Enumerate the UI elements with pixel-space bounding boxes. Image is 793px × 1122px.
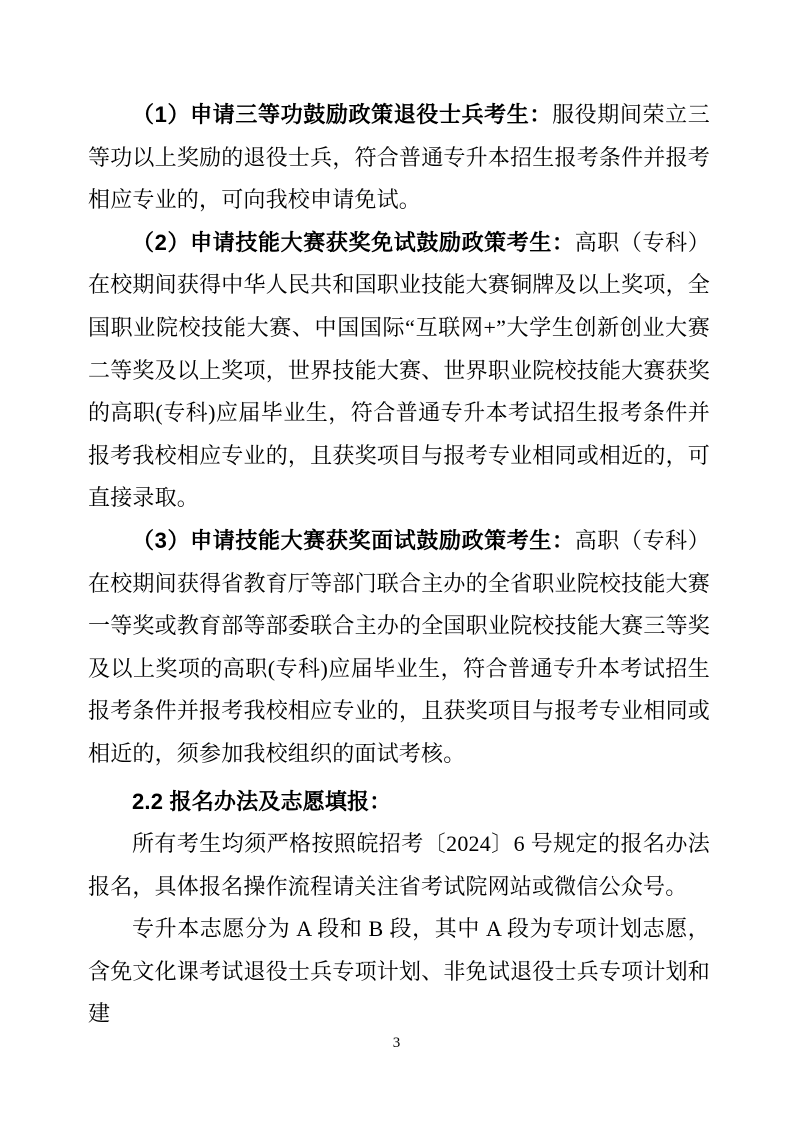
page-number: 3 [393, 1035, 401, 1051]
paragraph-text: 高职（专科）在校期间获得省教育厅等部门联合主办的全省职业院校技能大赛一等奖或教育… [88, 528, 710, 766]
document-body: （1）申请三等功鼓励政策退役士兵考生：服役期间荣立三等功以上奖励的退役士兵，符合… [88, 94, 710, 1036]
document-page: （1）申请三等功鼓励政策退役士兵考生：服役期间荣立三等功以上奖励的退役士兵，符合… [0, 0, 793, 1122]
section-heading-2-2: 2.2 报名办法及志愿填报： [88, 781, 710, 824]
paragraph-policy-1: （1）申请三等功鼓励政策退役士兵考生：服役期间荣立三等功以上奖励的退役士兵，符合… [88, 94, 710, 222]
paragraph-policy-2: （2）申请技能大赛获奖免试鼓励政策考生：高职（专科）在校期间获得中华人民共和国职… [88, 222, 710, 520]
paragraph-lead-bold: （2）申请技能大赛获奖免试鼓励政策考生： [132, 230, 575, 255]
paragraph-policy-3: （3）申请技能大赛获奖面试鼓励政策考生：高职（专科）在校期间获得省教育厅等部门联… [88, 520, 710, 776]
section-heading-text: 2.2 报名办法及志愿填报： [132, 789, 392, 814]
paragraph-registration: 所有考生均须严格按照皖招考〔2024〕6 号规定的报名办法报名，具体报名操作流程… [88, 823, 710, 908]
paragraph-text: 高职（专科）在校期间获得中华人民共和国职业技能大赛铜牌及以上奖项，全国职业院校技… [88, 230, 710, 511]
paragraph-text: 专升本志愿分为 A 段和 B 段，其中 A 段为专项计划志愿，含免文化课考试退役… [88, 916, 710, 1026]
paragraph-lead-bold: （1）申请三等功鼓励政策退役士兵考生： [132, 102, 552, 127]
page-footer: 3 [0, 1034, 793, 1052]
paragraph-volunteer-sections: 专升本志愿分为 A 段和 B 段，其中 A 段为专项计划志愿，含免文化课考试退役… [88, 908, 710, 1036]
paragraph-text: 所有考生均须严格按照皖招考〔2024〕6 号规定的报名办法报名，具体报名操作流程… [88, 831, 710, 899]
paragraph-lead-bold: （3）申请技能大赛获奖面试鼓励政策考生： [132, 528, 575, 553]
